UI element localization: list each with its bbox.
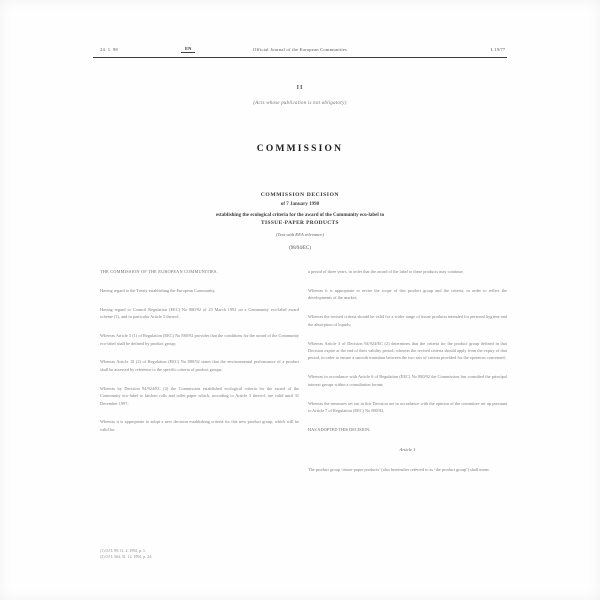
paragraph: Having regard to the Treaty establishing… <box>100 287 299 294</box>
decision-subject: establishing the ecological criteria for… <box>95 212 505 219</box>
paragraph: Having regard to Council Regulation (EEC… <box>100 306 299 321</box>
paragraph: a period of three years, in order that t… <box>308 268 507 275</box>
decision-date: of 7 January 1998 <box>95 202 505 207</box>
paragraph: Whereas the revised criteria should be v… <box>308 313 507 328</box>
eea-relevance-note: (Text with EEA relevance) <box>95 232 505 237</box>
paragraph: Whereas the measures set out in this Dec… <box>308 400 507 415</box>
scanned-document-page: 24. 1. 98 EN Official Journal of the Eur… <box>0 0 600 600</box>
paragraph: THE COMMISSION OF THE EUROPEAN COMMUNITI… <box>100 268 299 275</box>
section-note: (Acts whose publication is not obligator… <box>0 101 600 106</box>
decision-title: COMMISSION DECISION <box>95 192 505 198</box>
decision-number: (98/94/EC) <box>95 246 505 251</box>
paragraph: Whereas Article 5 (1) of Regulation (EEC… <box>100 332 299 347</box>
article-1-heading: Article 1 <box>308 446 507 453</box>
paragraph: Whereas in accordance with Article 6 of … <box>308 373 507 388</box>
left-column: THE COMMISSION OF THE EUROPEAN COMMUNITI… <box>100 268 299 445</box>
commission-section-heading: COMMISSION <box>0 144 600 154</box>
paragraph: Whereas Article 3 of Decision 94/924/EC … <box>308 340 507 362</box>
header-rule <box>93 57 507 58</box>
paragraph: Whereas Article 10 (2) of Regulation (EE… <box>100 358 299 373</box>
paragraph: Whereas it is appropriate to revise the … <box>308 287 507 302</box>
header-page-ref: L 19/77 <box>491 47 505 52</box>
decision-title-block: COMMISSION DECISION of 7 January 1998 es… <box>95 192 505 251</box>
paragraph: Whereas by Decision 94/924/EC (2) the Co… <box>100 385 299 407</box>
section-numeral: II <box>0 84 600 91</box>
header-journal-title: Official Journal of the European Communi… <box>93 47 507 52</box>
footnotes: (1) OJ L 99, 11. 4. 1992, p. 1. (2) OJ L… <box>100 549 260 561</box>
footnote: (2) OJ L 364, 31. 12. 1994, p. 24. <box>100 555 260 561</box>
journal-header: 24. 1. 98 EN Official Journal of the Eur… <box>93 45 507 56</box>
right-column: a period of three years, in order that t… <box>308 268 507 485</box>
article-1-text: The product group ‘tissue-paper products… <box>308 466 507 473</box>
adopted-line: HAS ADOPTED THIS DECISION: <box>308 426 507 433</box>
paragraph: Whereas it is appropriate to adopt a new… <box>100 418 299 433</box>
product-group-title: TISSUE-PAPER PRODUCTS <box>95 220 505 226</box>
